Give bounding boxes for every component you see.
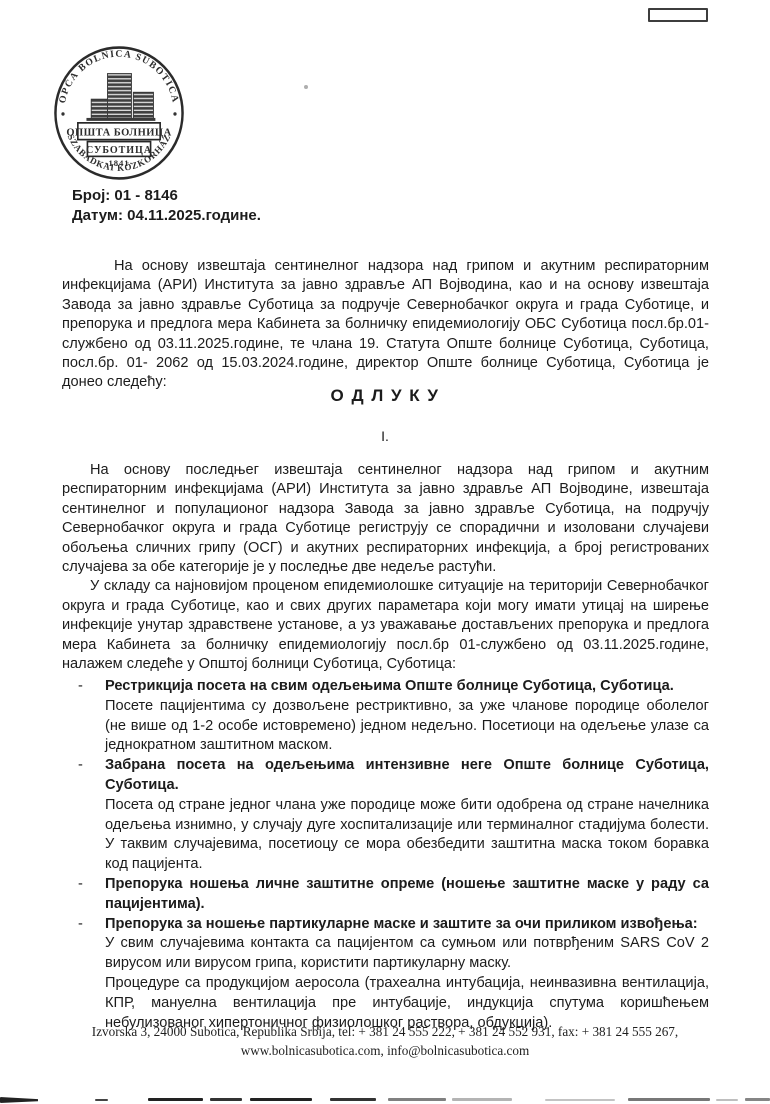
list-item-marker: - [78,875,83,895]
measure-title: Забрана посета на одељењима интензивне н… [105,756,709,796]
list-item: - Рестрикција посета на свим одељењима О… [62,677,709,756]
document-number: Број: 01 - 8146 [72,186,261,206]
document-date: Датум: 04.11.2025.године. [72,206,261,226]
measure-body: Посете пацијентима су дозвољене рестрикт… [105,697,709,756]
footer-web-email-line: www.bolnicasubotica.com, info@bolnicasub… [0,1041,770,1060]
seal-name-line2: СУБОТИЦА [86,145,152,156]
hospital-seal-logo: OPĆA BOLNICA SUBOTICA SZABADKAI KÖZKÓRHÁ… [52,44,186,182]
list-item-marker: - [78,915,83,935]
seal-name-line1: ОПШТА БОЛНИЦА [66,127,171,139]
section-paragraph: У складу са најновијом проценом епидемио… [62,577,709,674]
list-item: - Препорука за ношење партикуларне маске… [62,915,709,1034]
measures-list: - Рестрикција посета на свим одељењима О… [62,677,709,1033]
measure-title: Препорука ношења личне заштитне опреме (… [105,875,709,915]
section-body: На основу последњег извештаја сентинелно… [62,461,709,674]
seal-separator-dot [61,112,64,115]
reference-block: Број: 01 - 8146 Датум: 04.11.2025.године… [72,186,261,226]
list-item-marker: - [78,677,83,697]
decision-title: О Д Л У К У [0,386,770,406]
list-item-marker: - [78,756,83,776]
measure-body: Посета од стране једног члана уже породи… [105,796,709,875]
scanned-corner-box [648,8,708,22]
section-paragraph: На основу последњег извештаја сентинелно… [62,461,709,577]
list-item: - Забрана посета на одељењима интензивне… [62,756,709,875]
preamble: На основу извештаја сентинелног надзора … [62,257,709,393]
measure-body: У свим случајевима контакта са пацијенто… [105,934,709,974]
footer-address-line: Izvorska 3, 24000 Subotica, Republika Sr… [0,1022,770,1041]
preamble-paragraph: На основу извештаја сентинелног надзора … [62,257,709,393]
hospital-building-icon [86,74,155,121]
section-numeral: I. [0,428,770,444]
seal-separator-dot [173,112,176,115]
footer-contact: Izvorska 3, 24000 Subotica, Republika Sr… [0,1022,770,1060]
list-item: - Препорука ношења личне заштитне опреме… [62,875,709,915]
scan-speck [304,85,308,89]
scan-artifact-strip [0,1094,770,1104]
seal-year: ·1841· [105,158,134,168]
measure-title: Рестрикција посета на свим одељењима Опш… [105,677,709,697]
measure-title: Препорука за ношење партикуларне маске и… [105,915,709,935]
